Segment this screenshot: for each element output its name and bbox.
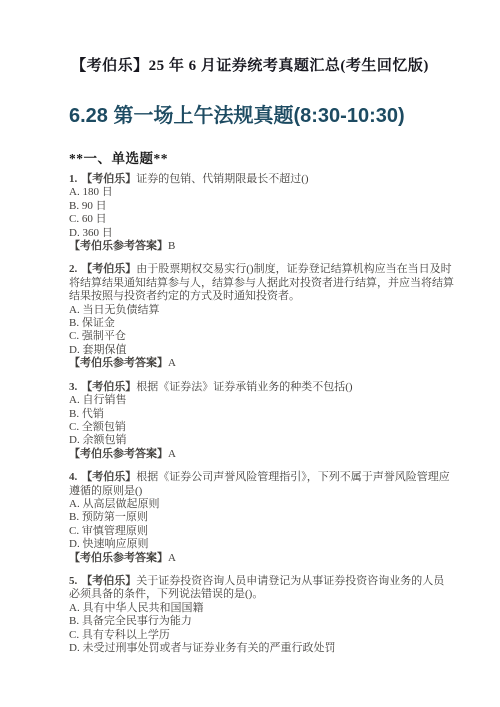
option-b: B. 具备完全民事行为能力 [69, 615, 458, 628]
option-c: C. 审慎管理原则 [69, 525, 458, 538]
option-b: B. 90 日 [69, 200, 458, 213]
option-d: D. 未受过刑事处罚或者与证券业务有关的严重行政处罚 [69, 642, 458, 655]
option-d: D. 360 日 [69, 227, 458, 240]
answer-line: 【考伯乐参考答案】A [69, 552, 458, 565]
option-d: D. 快速响应原则 [69, 538, 458, 551]
option-c: C. 60 日 [69, 213, 458, 226]
question-text-line: 必须具备的条件，下列说法错误的是()。 [69, 588, 458, 601]
option-a: A. 自行销售 [69, 394, 458, 407]
answer-value: A [168, 357, 176, 369]
answer-value: A [168, 552, 176, 564]
question-text-line: 2.【考伯乐】由于股票期权交易实行()制度，证券登记结算机构应当在当日及时 [69, 263, 458, 276]
question-number: 5. [69, 575, 77, 587]
option-a: A. 具有中华人民共和国国籍 [69, 602, 458, 615]
answer-line: 【考伯乐参考答案】B [69, 240, 458, 253]
question-text-line: 5.【考伯乐】关于证券投资咨询人员申请登记为从事证券投资咨询业务的人员 [69, 575, 458, 588]
question-number: 3. [69, 381, 77, 393]
question-text-line: 1.【考伯乐】证券的包销、代销期限最长不超过() [69, 173, 458, 186]
kaobole-tag: 【考伯乐】 [81, 471, 136, 483]
answer-label: 【考伯乐参考答案】 [69, 357, 168, 369]
question-3: 3.【考伯乐】根据《证券法》证券承销业务的种类不包括() A. 自行销售 B. … [69, 381, 458, 461]
question-number: 2. [69, 263, 77, 275]
option-c: C. 强制平仓 [69, 330, 458, 343]
kaobole-tag: 【考伯乐】 [81, 381, 136, 393]
option-d: D. 套期保值 [69, 344, 458, 357]
kaobole-tag: 【考伯乐】 [81, 173, 136, 185]
answer-value: A [168, 448, 176, 460]
question-text-line: 遵循的原则是() [69, 485, 458, 498]
document-body: **一、单选题** 1.【考伯乐】证券的包销、代销期限最长不超过() A. 18… [0, 147, 500, 655]
option-c: C. 全额包销 [69, 421, 458, 434]
option-b: B. 代销 [69, 408, 458, 421]
question-text: 由于股票期权交易实行()制度，证券登记结算机构应当在当日及时 [136, 263, 451, 275]
question-text-line: 4.【考伯乐】根据《证券公司声誉风险管理指引》，下列不属于声誉风险管理应 [69, 471, 458, 484]
kaobole-tag: 【考伯乐】 [81, 263, 136, 275]
option-b: B. 保证金 [69, 317, 458, 330]
option-c: C. 具有专科以上学历 [69, 629, 458, 642]
answer-value: B [168, 240, 175, 252]
question-4: 4.【考伯乐】根据《证券公司声誉风险管理指引》，下列不属于声誉风险管理应 遵循的… [69, 471, 458, 565]
question-text-line: 结果按照与投资者约定的方式及时通知投资者。 [69, 290, 458, 303]
document-page: 【考伯乐】25 年 6 月证券统考真题汇总(考生回忆版) 6.28 第一场上午法… [0, 0, 500, 707]
option-a: A. 当日无负债结算 [69, 304, 458, 317]
answer-label: 【考伯乐参考答案】 [69, 240, 168, 252]
option-a: A. 180 日 [69, 186, 458, 199]
question-1: 1.【考伯乐】证券的包销、代销期限最长不超过() A. 180 日 B. 90 … [69, 173, 458, 253]
kaobole-tag: 【考伯乐】 [81, 575, 136, 587]
question-text-line: 将结算结果通知结算参与人，结算参与人据此对投资者进行结算，并应当将结算 [69, 277, 458, 290]
question-5: 5.【考伯乐】关于证券投资咨询人员申请登记为从事证券投资咨询业务的人员 必须具备… [69, 575, 458, 655]
question-text: 根据《证券法》证券承销业务的种类不包括() [136, 381, 352, 393]
answer-label: 【考伯乐参考答案】 [69, 552, 168, 564]
section-heading: **一、单选题** [69, 147, 458, 167]
answer-line: 【考伯乐参考答案】A [69, 357, 458, 370]
option-b: B. 预防第一原则 [69, 511, 458, 524]
question-text: 证券的包销、代销期限最长不超过() [136, 173, 308, 185]
question-number: 4. [69, 471, 77, 483]
question-text-line: 3.【考伯乐】根据《证券法》证券承销业务的种类不包括() [69, 381, 458, 394]
answer-line: 【考伯乐参考答案】A [69, 448, 458, 461]
question-number: 1. [69, 173, 77, 185]
answer-label: 【考伯乐参考答案】 [69, 448, 168, 460]
question-2: 2.【考伯乐】由于股票期权交易实行()制度，证券登记结算机构应当在当日及时 将结… [69, 263, 458, 370]
option-a: A. 从高层做起原则 [69, 498, 458, 511]
question-text: 根据《证券公司声誉风险管理指引》，下列不属于声誉风险管理应 [136, 471, 450, 483]
option-d: D. 余额包销 [69, 434, 458, 447]
document-title: 【考伯乐】25 年 6 月证券统考真题汇总(考生回忆版) [0, 0, 500, 75]
document-subtitle: 6.28 第一场上午法规真题(8:30-10:30) [0, 99, 500, 128]
question-text: 关于证券投资咨询人员申请登记为从事证券投资咨询业务的人员 [136, 575, 444, 587]
